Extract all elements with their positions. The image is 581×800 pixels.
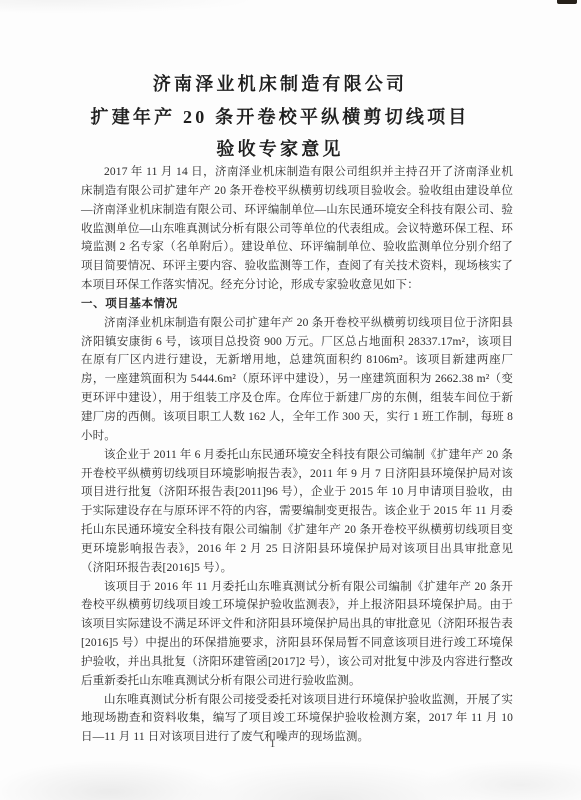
page-number: 1 <box>0 738 545 750</box>
eia-history-paragraph: 该企业于 2011 年 6 月委托山东民通环境安全科技有限公司编制《扩建年产 2… <box>81 446 513 578</box>
section-heading-project-basics: 一、项目基本情况 <box>81 295 513 314</box>
title-project-name: 扩建年产 20 条开卷校平纵横剪切线项目 <box>0 101 560 134</box>
title-company-name: 济南泽业机床制造有限公司 <box>0 68 560 101</box>
project-overview-paragraph: 济南泽业机床制造有限公司扩建年产 20 条开卷校平纵横剪切线项目位于济阳县济阳镇… <box>81 314 513 446</box>
intro-paragraph: 2017 年 11 月 14 日，济南泽业机床制造有限公司组织并主持召开了济南泽… <box>81 163 513 295</box>
document-title: 济南泽业机床制造有限公司 扩建年产 20 条开卷校平纵横剪切线项目 验收专家意见 <box>0 68 560 166</box>
scan-edge-artifact <box>557 0 577 4</box>
document-body: 2017 年 11 月 14 日，济南泽业机床制造有限公司组织并主持召开了济南泽… <box>81 163 513 747</box>
acceptance-history-paragraph: 该项目于 2016 年 11 月委托山东唯真测试分析有限公司编制《扩建年产 20… <box>81 578 513 691</box>
scanned-document-page: 济南泽业机床制造有限公司 扩建年产 20 条开卷校平纵横剪切线项目 验收专家意见… <box>0 0 581 800</box>
title-document-type: 验收专家意见 <box>0 133 560 166</box>
